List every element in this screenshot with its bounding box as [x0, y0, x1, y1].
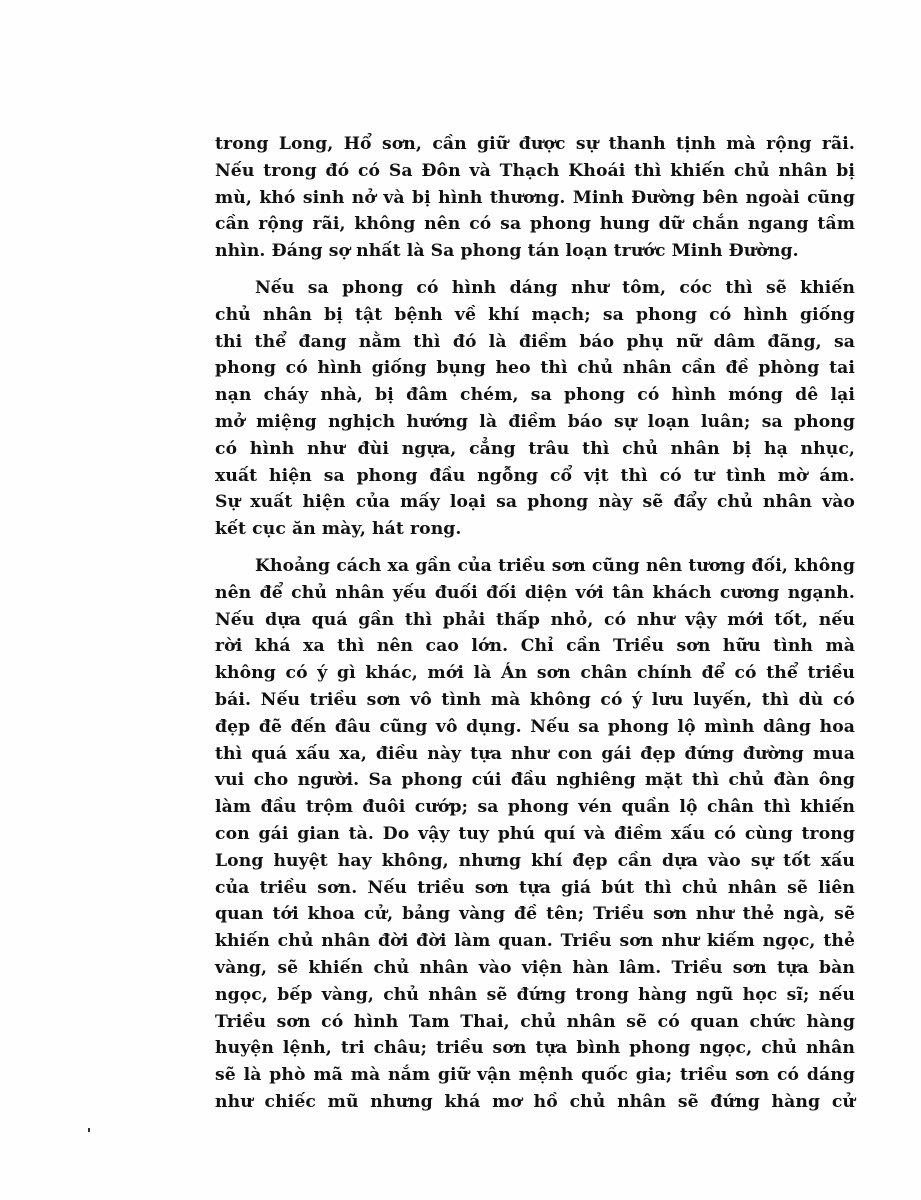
text-line: làm đầu trộm đuôi cướp; sa phong vén quầ… [215, 794, 855, 821]
text-line: thì quá xấu xa, điều này tựa như con gái… [215, 741, 855, 768]
text-line: phong có hình giống bụng heo thì chủ nhâ… [215, 355, 855, 382]
body-text: trong Long, Hổ sơn, cần giữ được sự than… [215, 131, 855, 1116]
scanned-page: trong Long, Hổ sơn, cần giữ được sự than… [0, 0, 921, 1200]
text-line: đẹp đẽ đến đâu cũng vô dụng. Nếu sa phon… [215, 714, 855, 741]
text-line: trong Long, Hổ sơn, cần giữ được sự than… [215, 131, 855, 158]
paragraph-1: trong Long, Hổ sơn, cần giữ được sự than… [215, 131, 855, 265]
text-line: Nếu dựa quá gần thì phải thấp nhỏ, có nh… [215, 607, 855, 634]
text-line: quan tới khoa cử, bảng vàng đề tên; Triề… [215, 901, 855, 928]
text-line: có hình như đùi ngựa, cẳng trâu thì chủ … [215, 436, 855, 463]
text-line: Sự xuất hiện của mấy loại sa phong này s… [215, 489, 855, 516]
text-line: của triều sơn. Nếu triều sơn tựa giá bút… [215, 875, 855, 902]
text-line: nạn cháy nhà, bị đâm chém, sa phong có h… [215, 382, 855, 409]
text-line: xuất hiện sa phong đầu ngỗng cổ vịt thì … [215, 463, 855, 490]
text-line: con gái gian tà. Do vậy tuy phú quí và đ… [215, 821, 855, 848]
text-line: vui cho người. Sa phong cúi đầu nghiêng … [215, 767, 855, 794]
text-line: bái. Nếu triều sơn vô tình mà không có ý… [215, 687, 855, 714]
text-line: sẽ là phò mã mà nắm giữ vận mệnh quốc gi… [215, 1062, 855, 1089]
text-line: Long huyệt hay không, nhưng khí đẹp cần … [215, 848, 855, 875]
text-line: thi thể đang nằm thì đó là điềm báo phụ … [215, 329, 855, 356]
paragraph-2: Nếu sa phong có hình dáng như tôm, cóc t… [215, 275, 855, 543]
text-line: Triều sơn có hình Tam Thai, chủ nhân sẽ … [215, 1009, 855, 1036]
text-line: Nếu trong đó có Sa Đôn và Thạch Khoái th… [215, 158, 855, 185]
text-line: chủ nhân bị tật bệnh về khí mạch; sa pho… [215, 302, 855, 329]
text-line: khiến chủ nhân đời đời làm quan. Triều s… [215, 928, 855, 955]
text-line: mở miệng nghịch hướng là điềm báo sự loạ… [215, 409, 855, 436]
text-line: mù, khó sinh nở và bị hình thương. Minh … [215, 185, 855, 212]
text-line: rời khá xa thì nên cao lớn. Chỉ cần Triề… [215, 633, 855, 660]
text-line: cần rộng rãi, không nên có sa phong hung… [215, 211, 855, 238]
text-line: Nếu sa phong có hình dáng như tôm, cóc t… [215, 275, 855, 302]
text-line: không có ý gì khác, mới là Án sơn chân c… [215, 660, 855, 687]
text-line: nhìn. Đáng sợ nhất là Sa phong tán loạn … [215, 238, 855, 265]
scan-artifact [88, 1128, 90, 1132]
text-line: ngọc, bếp vàng, chủ nhân sẽ đứng trong h… [215, 982, 855, 1009]
text-line: như chiếc mũ nhưng khá mơ hồ chủ nhân sẽ… [215, 1089, 855, 1116]
text-line: kết cục ăn mày, hát rong. [215, 516, 855, 543]
text-line: nên để chủ nhân yếu đuối đối diện với tâ… [215, 580, 855, 607]
paragraph-3: Khoảng cách xa gần của triều sơn cũng nê… [215, 553, 855, 1116]
text-line: vàng, sẽ khiến chủ nhân vào viện hàn lâm… [215, 955, 855, 982]
text-line: huyện lệnh, tri châu; triều sơn tựa bình… [215, 1035, 855, 1062]
text-line: Khoảng cách xa gần của triều sơn cũng nê… [215, 553, 855, 580]
